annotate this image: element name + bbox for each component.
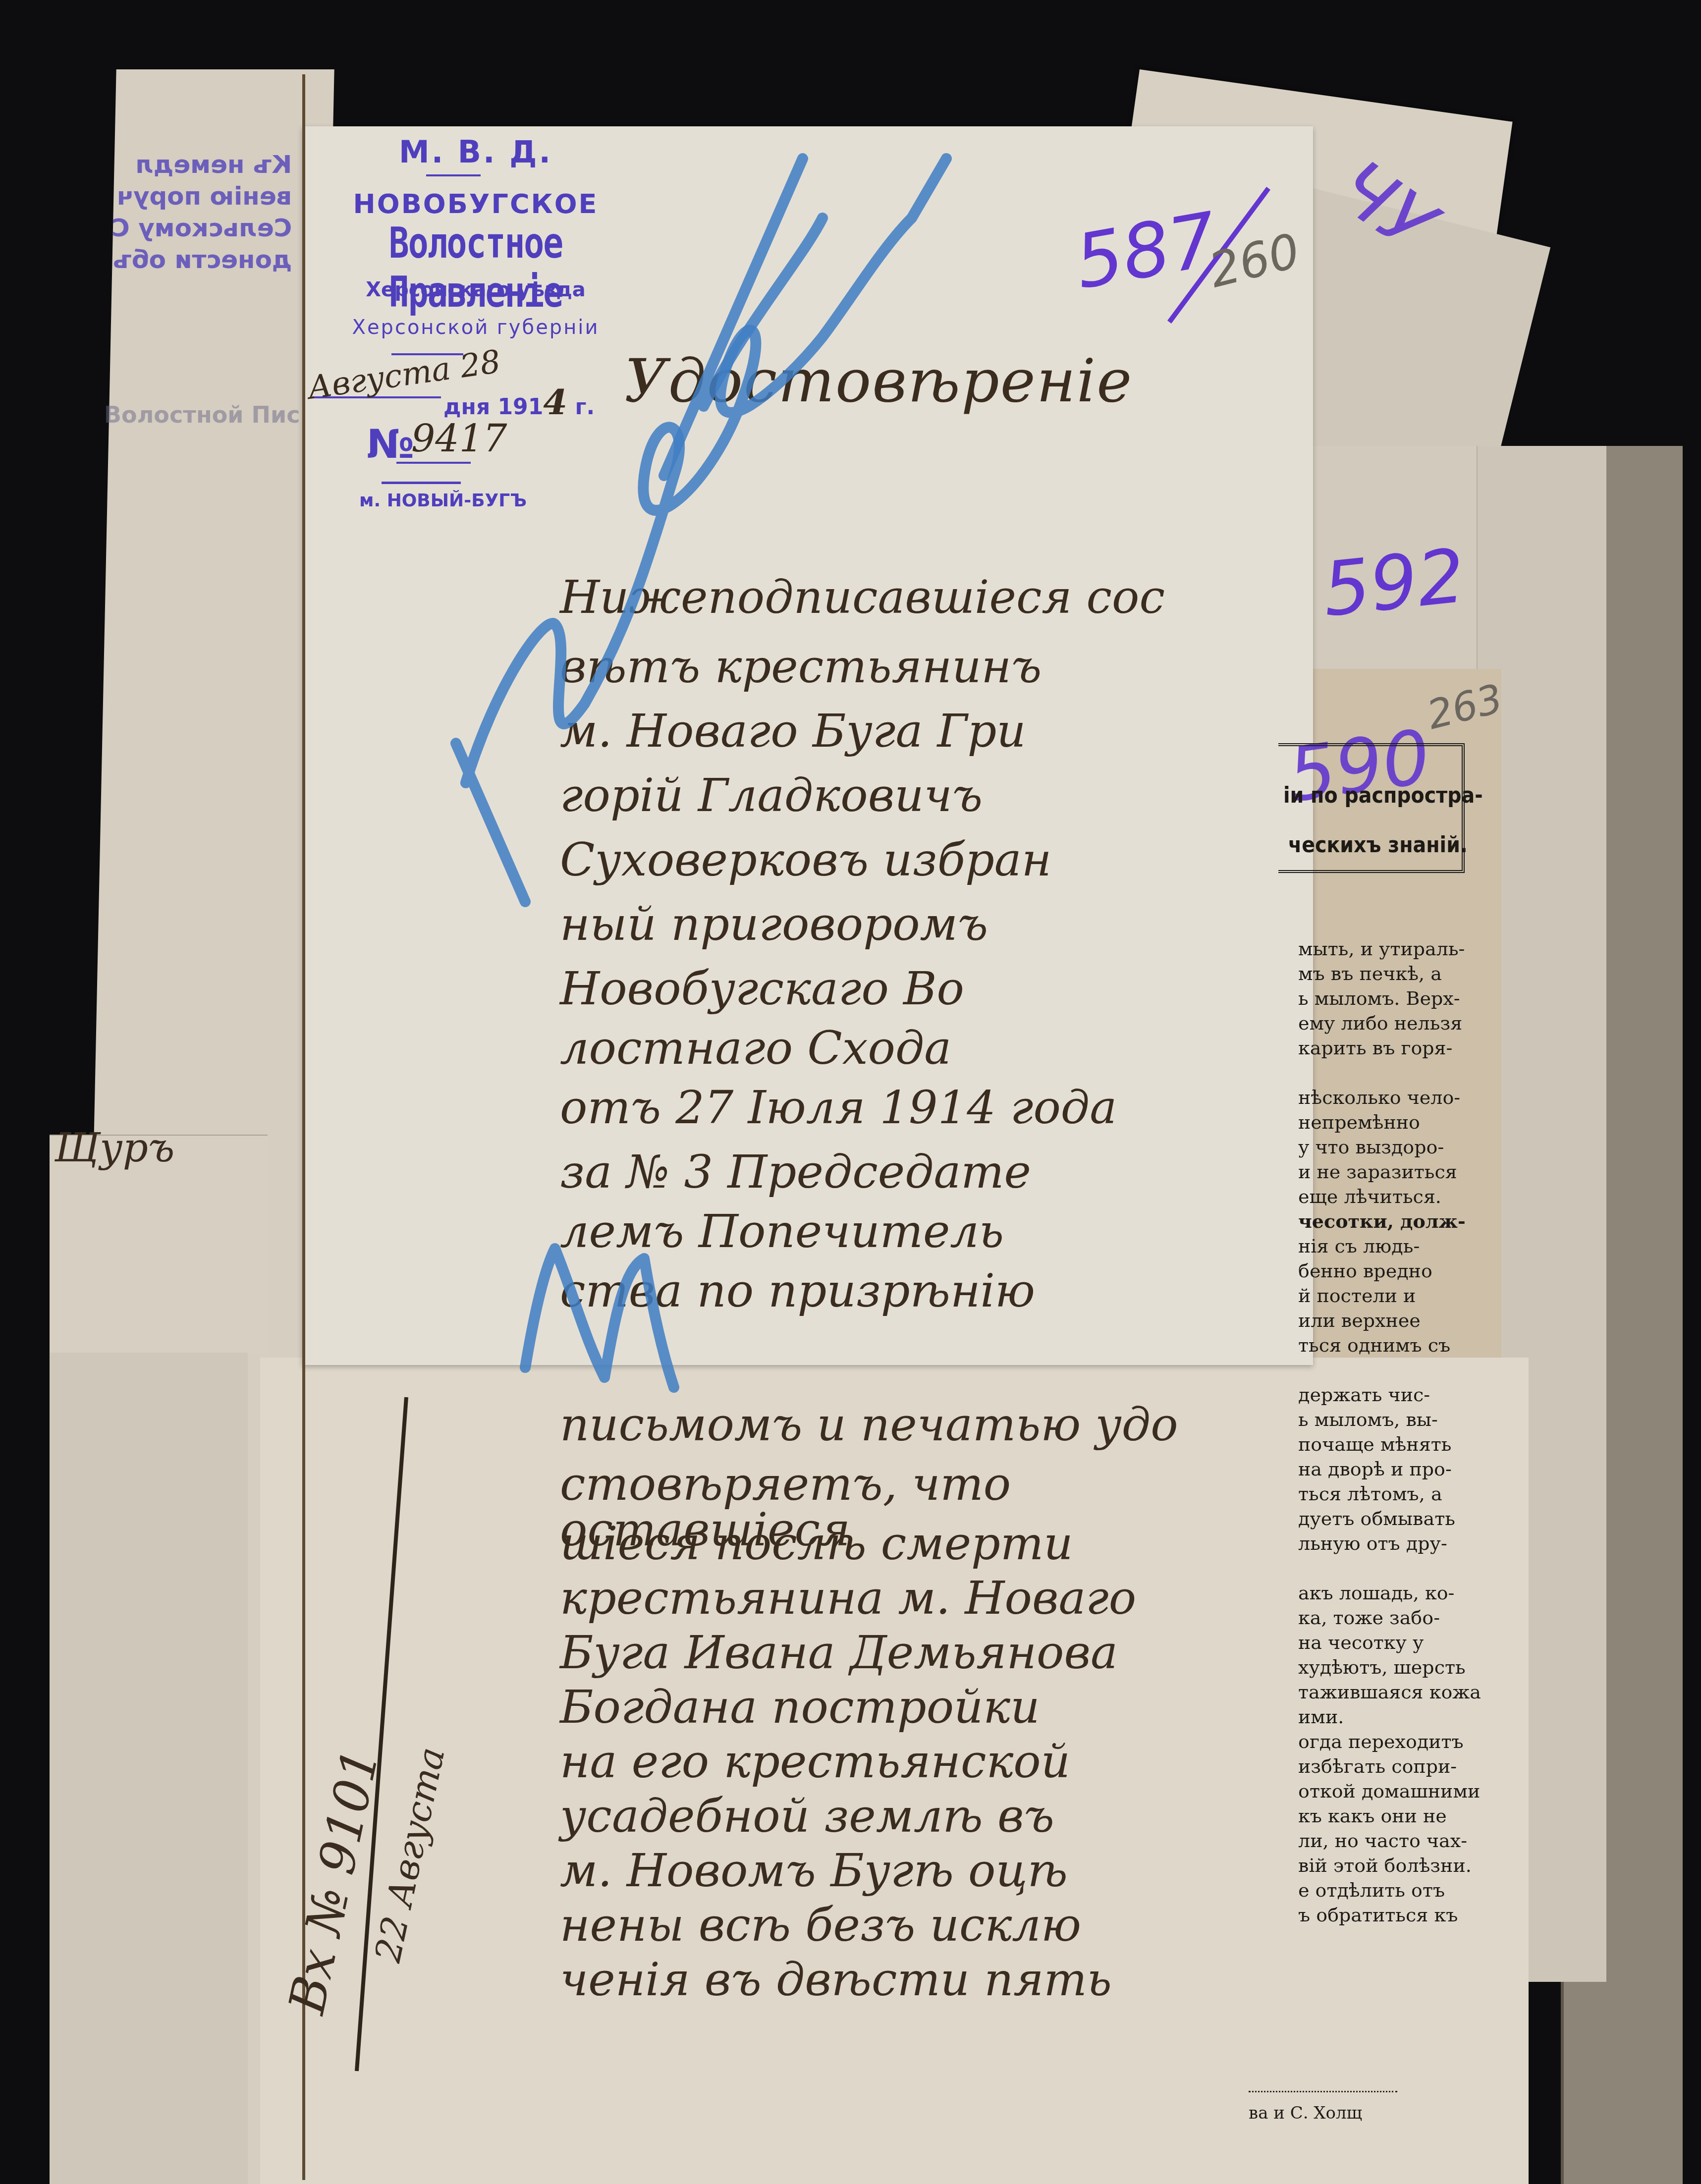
faded-stamp-text: Волостной Пис xyxy=(104,401,300,428)
body-line: крестьянина м. Новаго xyxy=(560,1576,1254,1621)
pamphlet-heading: іи по распростра- xyxy=(1283,783,1483,808)
body-line: шіеся послѣ смерти xyxy=(560,1521,1254,1567)
left-signature: Щуръ xyxy=(55,1125,174,1171)
body-line: на его крестьянской xyxy=(560,1739,1254,1785)
body-line: Буга Ивана Демьянова xyxy=(560,1630,1254,1676)
blue-crayon-resolution xyxy=(396,129,1090,1516)
body-line: Богдана постройки xyxy=(560,1685,1254,1730)
pamphlet-footer-rule xyxy=(1249,2091,1397,2094)
body-line: ченія въ двѣсти пять xyxy=(560,1957,1254,2003)
left-strip-lower xyxy=(50,1353,248,2184)
binding-thread xyxy=(302,74,305,2180)
body-line: нены всѣ безъ исклю xyxy=(560,1903,1254,1948)
body-line: м. Новомъ Бугѣ оцѣ xyxy=(560,1848,1254,1894)
pamphlet-text: мыть, и утираль- мъ въ печкѣ, а ь мыломъ… xyxy=(1298,936,1481,1927)
body-line: усадебной землѣ въ xyxy=(560,1794,1254,1839)
archive-number-violet: 592 xyxy=(1319,533,1469,634)
pamphlet-footer: ва и С. Холщ xyxy=(1249,2101,1362,2126)
mirrored-stamp-text: Къ немедл венію поруч Сельскому С донест… xyxy=(111,149,292,275)
pamphlet-heading: ческихъ знаній. xyxy=(1288,832,1468,858)
